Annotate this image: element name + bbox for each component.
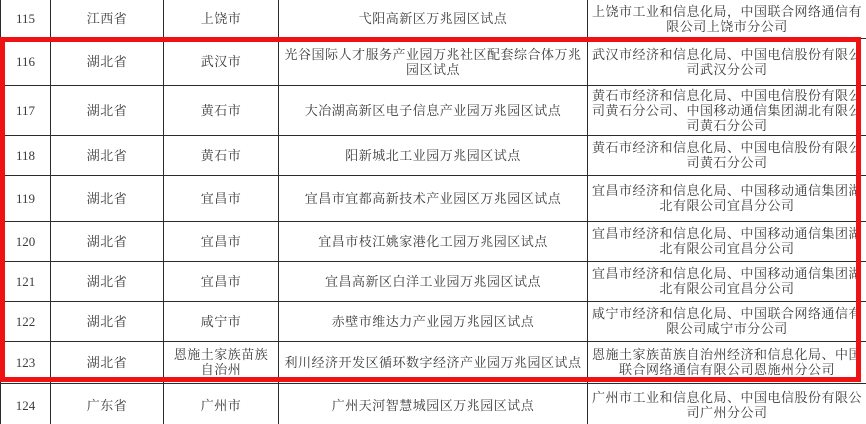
cell-city: 武汉市: [164, 38, 279, 85]
cell-serial: 116: [1, 38, 51, 85]
cell-agencies: 黄石市经济和信息化局、中国电信股份有限公司黄石分公司、中国移动通信集团湖北有限公…: [588, 85, 866, 135]
cell-agencies: 宜昌市经济和信息化局、中国移动通信集团湖北有限公司宜昌分公司: [588, 221, 866, 261]
table-row: 123 湖北省 恩施土家族苗族自治州 利川经济开发区循环数字经济产业园万兆园区试…: [1, 341, 866, 383]
cell-province: 湖北省: [51, 38, 164, 85]
cell-province: 江西省: [51, 0, 164, 38]
cell-province: 广东省: [51, 383, 164, 424]
cell-agencies: 咸宁市经济和信息化局、中国联合网络通信有限公司咸宁市分公司: [588, 301, 866, 341]
table-row: 121 湖北省 宜昌市 宜昌高新区白洋工业园万兆园区试点 宜昌市经济和信息化局、…: [1, 261, 866, 301]
cell-serial: 124: [1, 383, 51, 424]
table-row: 117 湖北省 黄石市 大冶湖高新区电子信息产业园万兆园区试点 黄石市经济和信息…: [1, 85, 866, 135]
cell-serial: 119: [1, 175, 51, 221]
cell-city: 广州市: [164, 383, 279, 424]
cell-serial: 123: [1, 341, 51, 383]
document-page: 115 江西省 上饶市 弋阳高新区万兆园区试点 上饶市工业和信息化局，中国联合网…: [0, 0, 866, 424]
cell-park: 宜昌高新区白洋工业园万兆园区试点: [279, 261, 588, 301]
cell-city: 恩施土家族苗族自治州: [164, 341, 279, 383]
cell-agencies: 广州市工业和信息化局、中国电信股份有限公司广州分公司: [588, 383, 866, 424]
cell-province: 湖北省: [51, 221, 164, 261]
cell-park: 宜昌市宜都高新技术产业园区万兆园区试点: [279, 175, 588, 221]
cell-city: 咸宁市: [164, 301, 279, 341]
cell-park: 利川经济开发区循环数字经济产业园万兆园区试点: [279, 341, 588, 383]
table-row: 118 湖北省 黄石市 阳新城北工业园万兆园区试点 黄石市经济和信息化局、中国电…: [1, 135, 866, 175]
cell-province: 湖北省: [51, 85, 164, 135]
cell-serial: 118: [1, 135, 51, 175]
cell-park: 光谷国际人才服务产业园万兆社区配套综合体万兆园区试点: [279, 38, 588, 85]
cell-agencies: 武汉市经济和信息化局、中国电信股份有限公司武汉分公司: [588, 38, 866, 85]
cell-city: 黄石市: [164, 85, 279, 135]
cell-province: 湖北省: [51, 341, 164, 383]
cell-serial: 120: [1, 221, 51, 261]
cell-province: 湖北省: [51, 261, 164, 301]
cell-agencies: 宜昌市经济和信息化局、中国移动通信集团湖北有限公司宜昌分公司: [588, 261, 866, 301]
cell-agencies: 上饶市工业和信息化局，中国联合网络通信有限公司上饶市分公司: [588, 0, 866, 38]
cell-city: 宜昌市: [164, 261, 279, 301]
cell-serial: 122: [1, 301, 51, 341]
cell-park: 广州天河智慧城园区万兆园区试点: [279, 383, 588, 424]
cell-agencies: 宜昌市经济和信息化局、中国移动通信集团湖北有限公司宜昌分公司: [588, 175, 866, 221]
table-row: 124 广东省 广州市 广州天河智慧城园区万兆园区试点 广州市工业和信息化局、中…: [1, 383, 866, 424]
table-row: 115 江西省 上饶市 弋阳高新区万兆园区试点 上饶市工业和信息化局，中国联合网…: [1, 0, 866, 38]
cell-agencies: 恩施土家族苗族自治州经济和信息化局、中国联合网络通信有限公司恩施州分公司: [588, 341, 866, 383]
cell-city: 黄石市: [164, 135, 279, 175]
table-row: 119 湖北省 宜昌市 宜昌市宜都高新技术产业园区万兆园区试点 宜昌市经济和信息…: [1, 175, 866, 221]
cell-park: 弋阳高新区万兆园区试点: [279, 0, 588, 38]
pilot-zone-table: 115 江西省 上饶市 弋阳高新区万兆园区试点 上饶市工业和信息化局，中国联合网…: [0, 0, 866, 424]
table-row: 116 湖北省 武汉市 光谷国际人才服务产业园万兆社区配套综合体万兆园区试点 武…: [1, 38, 866, 85]
cell-park: 宜昌市枝江姚家港化工园万兆园区试点: [279, 221, 588, 261]
cell-park: 赤壁市维达力产业园万兆园区试点: [279, 301, 588, 341]
cell-province: 湖北省: [51, 301, 164, 341]
cell-park: 阳新城北工业园万兆园区试点: [279, 135, 588, 175]
cell-city: 宜昌市: [164, 175, 279, 221]
cell-park: 大冶湖高新区电子信息产业园万兆园区试点: [279, 85, 588, 135]
cell-serial: 121: [1, 261, 51, 301]
cell-serial: 117: [1, 85, 51, 135]
cell-province: 湖北省: [51, 135, 164, 175]
cell-agencies: 黄石市经济和信息化局、中国电信股份有限公司黄石分公司: [588, 135, 866, 175]
table-row: 122 湖北省 咸宁市 赤壁市维达力产业园万兆园区试点 咸宁市经济和信息化局、中…: [1, 301, 866, 341]
table-row: 120 湖北省 宜昌市 宜昌市枝江姚家港化工园万兆园区试点 宜昌市经济和信息化局…: [1, 221, 866, 261]
cell-serial: 115: [1, 0, 51, 38]
cell-city: 宜昌市: [164, 221, 279, 261]
cell-city: 上饶市: [164, 0, 279, 38]
cell-province: 湖北省: [51, 175, 164, 221]
